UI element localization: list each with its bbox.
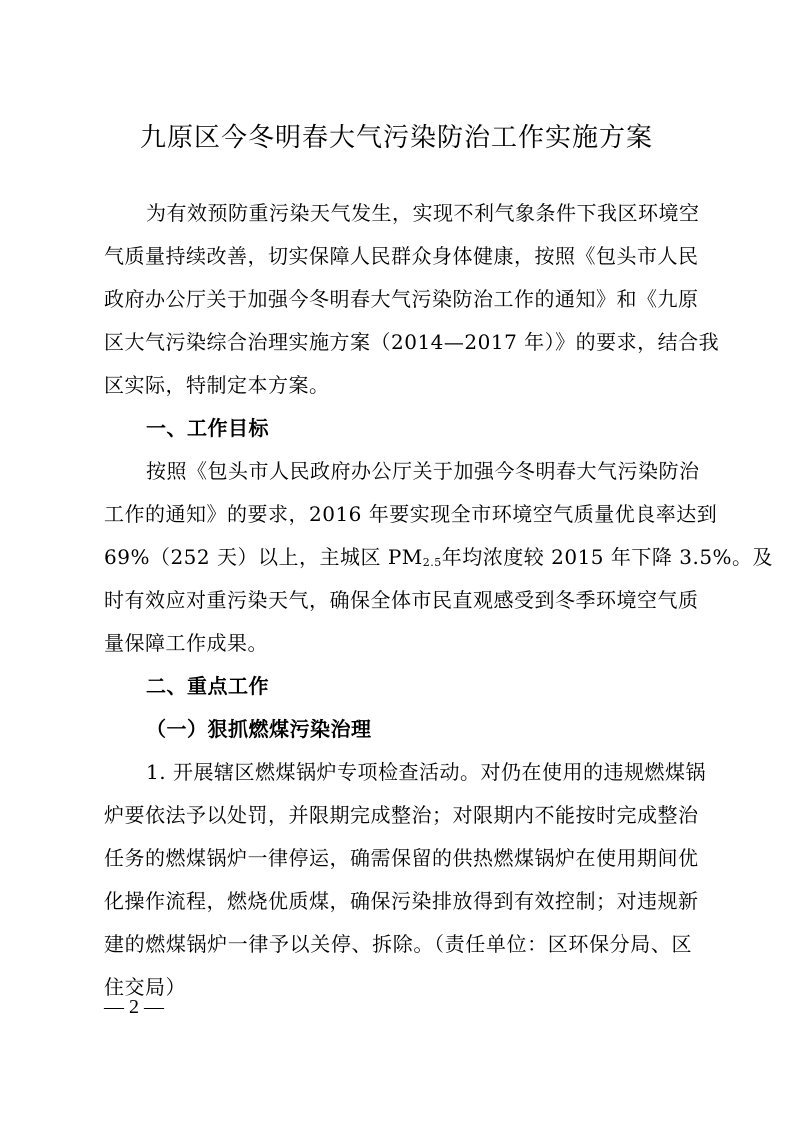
goals-line: 量保障工作成果。 [104,622,692,665]
document-title: 九原区今冬明春大气污染防治工作实施方案 [0,118,793,158]
intro-line: 气质量持续改善，切实保障人民群众身体健康，按照《包头市人民 [104,235,692,278]
intro-line: 政府办公厅关于加强今冬明春大气污染防治工作的通知》和《九原 [104,278,692,321]
intro-line: 区实际，特制定本方案。 [104,364,692,407]
item-line: 建的燃煤锅炉一律予以关停、拆除。（责任单位：区环保分局、区 [104,923,692,966]
page-number: — 2 — [104,996,164,1019]
item-line: 化操作流程，燃烧优质煤，确保污染排放得到有效控制；对违规新 [104,880,692,923]
goals-line-pm25: 69%（252 天）以上，主城区 PM2.5年均浓度较 2015 年下降 3.5… [104,536,692,579]
goals-line: 工作的通知》的要求，2016 年要实现全市环境空气质量优良率达到 [104,493,692,536]
goals-text: 年均浓度较 2015 年下降 3.5%。及 [442,545,773,569]
goals-line: 时有效应对重污染天气，确保全体市民直观感受到冬季环境空气质 [104,579,692,622]
item-line: 炉要依法予以处罚，并限期完成整治；对限期内不能按时完成整治 [104,794,692,837]
pm-subscript: 2.5 [423,556,442,569]
intro-line: 区大气污染综合治理实施方案（2014—2017 年）》的要求，结合我 [104,321,692,364]
goals-text: 69%（252 天）以上，主城区 PM [104,545,423,569]
item-line: 住交局） [104,966,692,1009]
document-body: 为有效预防重污染天气发生，实现不利气象条件下我区环境空 气质量持续改善，切实保障… [104,192,692,1009]
goals-line: 按照《包头市人民政府办公厅关于加强今冬明春大气污染防治 [104,450,692,493]
document-page: 九原区今冬明春大气污染防治工作实施方案 为有效预防重污染天气发生，实现不利气象条… [0,0,793,1122]
item-line: 任务的燃煤锅炉一律停运，确需保留的供热燃煤锅炉在使用期间优 [104,837,692,880]
subsection-heading-coal: （一）狠抓燃煤污染治理 [104,708,692,751]
section-heading-key-work: 二、重点工作 [104,665,692,708]
intro-line: 为有效预防重污染天气发生，实现不利气象条件下我区环境空 [104,192,692,235]
item-line: 1. 开展辖区燃煤锅炉专项检查活动。对仍在使用的违规燃煤锅 [104,751,692,794]
section-heading-goals: 一、工作目标 [104,407,692,450]
